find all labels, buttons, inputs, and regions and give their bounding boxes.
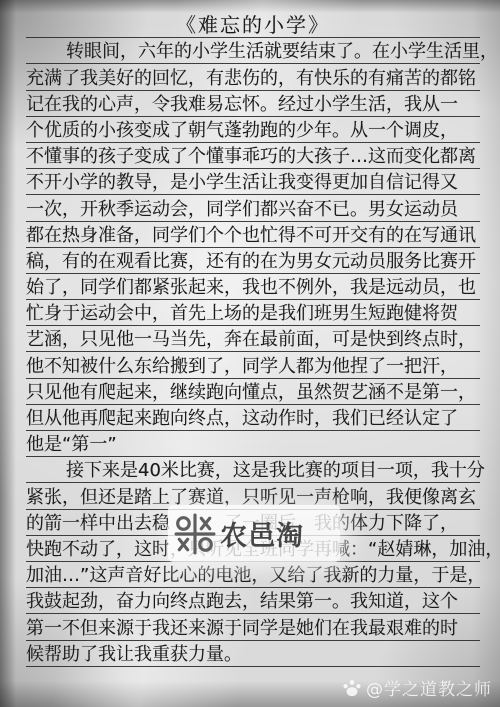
essay-body: 转眼间，六年的小学生活就要结束了。在小学生活里，充满了我美好的回忆，有悲伤的，有… xyxy=(26,38,480,667)
essay-line: 一次，开秋季运动会，同学们都兴奋不已。男女运动员 xyxy=(26,195,480,221)
paw-icon xyxy=(341,678,363,698)
center-watermark-text: 农邑淘 xyxy=(220,514,304,553)
essay-line: 转眼间，六年的小学生活就要结束了。在小学生活里， xyxy=(26,38,480,64)
essay-line: 不开小学的教导，是小学生活让我变得更加自信记得又 xyxy=(26,169,480,195)
essay-line: 始了，同学们都紧张起来，我也不例外，我是远动员，也 xyxy=(26,274,480,300)
photographed-essay-page: 《难忘的小学》 转眼间，六年的小学生活就要结束了。在小学生活里，充满了我美好的回… xyxy=(0,0,500,707)
essay-line: 个优质的小孩变成了朝气蓬勃跑的少年。从一个调皮， xyxy=(26,117,480,143)
ruled-sheet: 《难忘的小学》 转眼间，六年的小学生活就要结束了。在小学生活里，充满了我美好的回… xyxy=(26,12,480,667)
essay-line: 只见他有爬起来，继续跑向懂点，虽然贺艺涵不是第一， xyxy=(26,379,480,405)
essay-line: 候帮助了我让我重获力量。 xyxy=(26,641,480,667)
center-watermark: 农邑淘 xyxy=(168,505,340,562)
essay-line: 他是“第一” xyxy=(26,431,480,457)
essay-line: 我鼓起劲，奋力向终点跑去，结果第一。我知道，这个 xyxy=(26,588,480,614)
essay-line: 第一不但来源于我还来源于同学是她们在我最艰难的时 xyxy=(26,614,480,640)
essay-line: 他不知被什么东给搬到了，同学人都为他捏了一把汗， xyxy=(26,352,480,378)
essay-line: 艺涵，只见他一马当先，奔在最前面，可是快到终点时， xyxy=(26,326,480,352)
bottom-right-watermark-text: @学之道教之师 xyxy=(366,675,492,700)
ox-grid-logo-icon xyxy=(174,513,216,555)
essay-line: 忙身于运动会中，首先上场的是我们班男生短跑健将贺 xyxy=(26,300,480,326)
essay-line: 加油…”这声音好比心的电池，又给了我新的力量，于是， xyxy=(26,562,480,588)
essay-line: 稿，有的在观看比赛，还有的在为男女元动员服务比赛开 xyxy=(26,248,480,274)
essay-line: 不懂事的孩子变成了个懂事乖巧的大孩子…这而变化都离 xyxy=(26,143,480,169)
essay-line: 记在我的心声，令我难易忘怀。经过小学生活，我从一 xyxy=(26,91,480,117)
bottom-right-watermark: @学之道教之师 xyxy=(341,675,492,700)
essay-title: 《难忘的小学》 xyxy=(26,12,480,38)
essay-line: 但从他再爬起来跑向终点，这动作时，我们已经认定了 xyxy=(26,405,480,431)
essay-line: 充满了我美好的回忆，有悲伤的，有快乐的有痛苦的都铭 xyxy=(26,64,480,90)
essay-line: 都在热身准备，同学们个个也忙得不可开交有的在写通讯 xyxy=(26,222,480,248)
essay-line: 接下来是40米比赛，这是我比赛的项目一项，我十分 xyxy=(26,457,480,483)
